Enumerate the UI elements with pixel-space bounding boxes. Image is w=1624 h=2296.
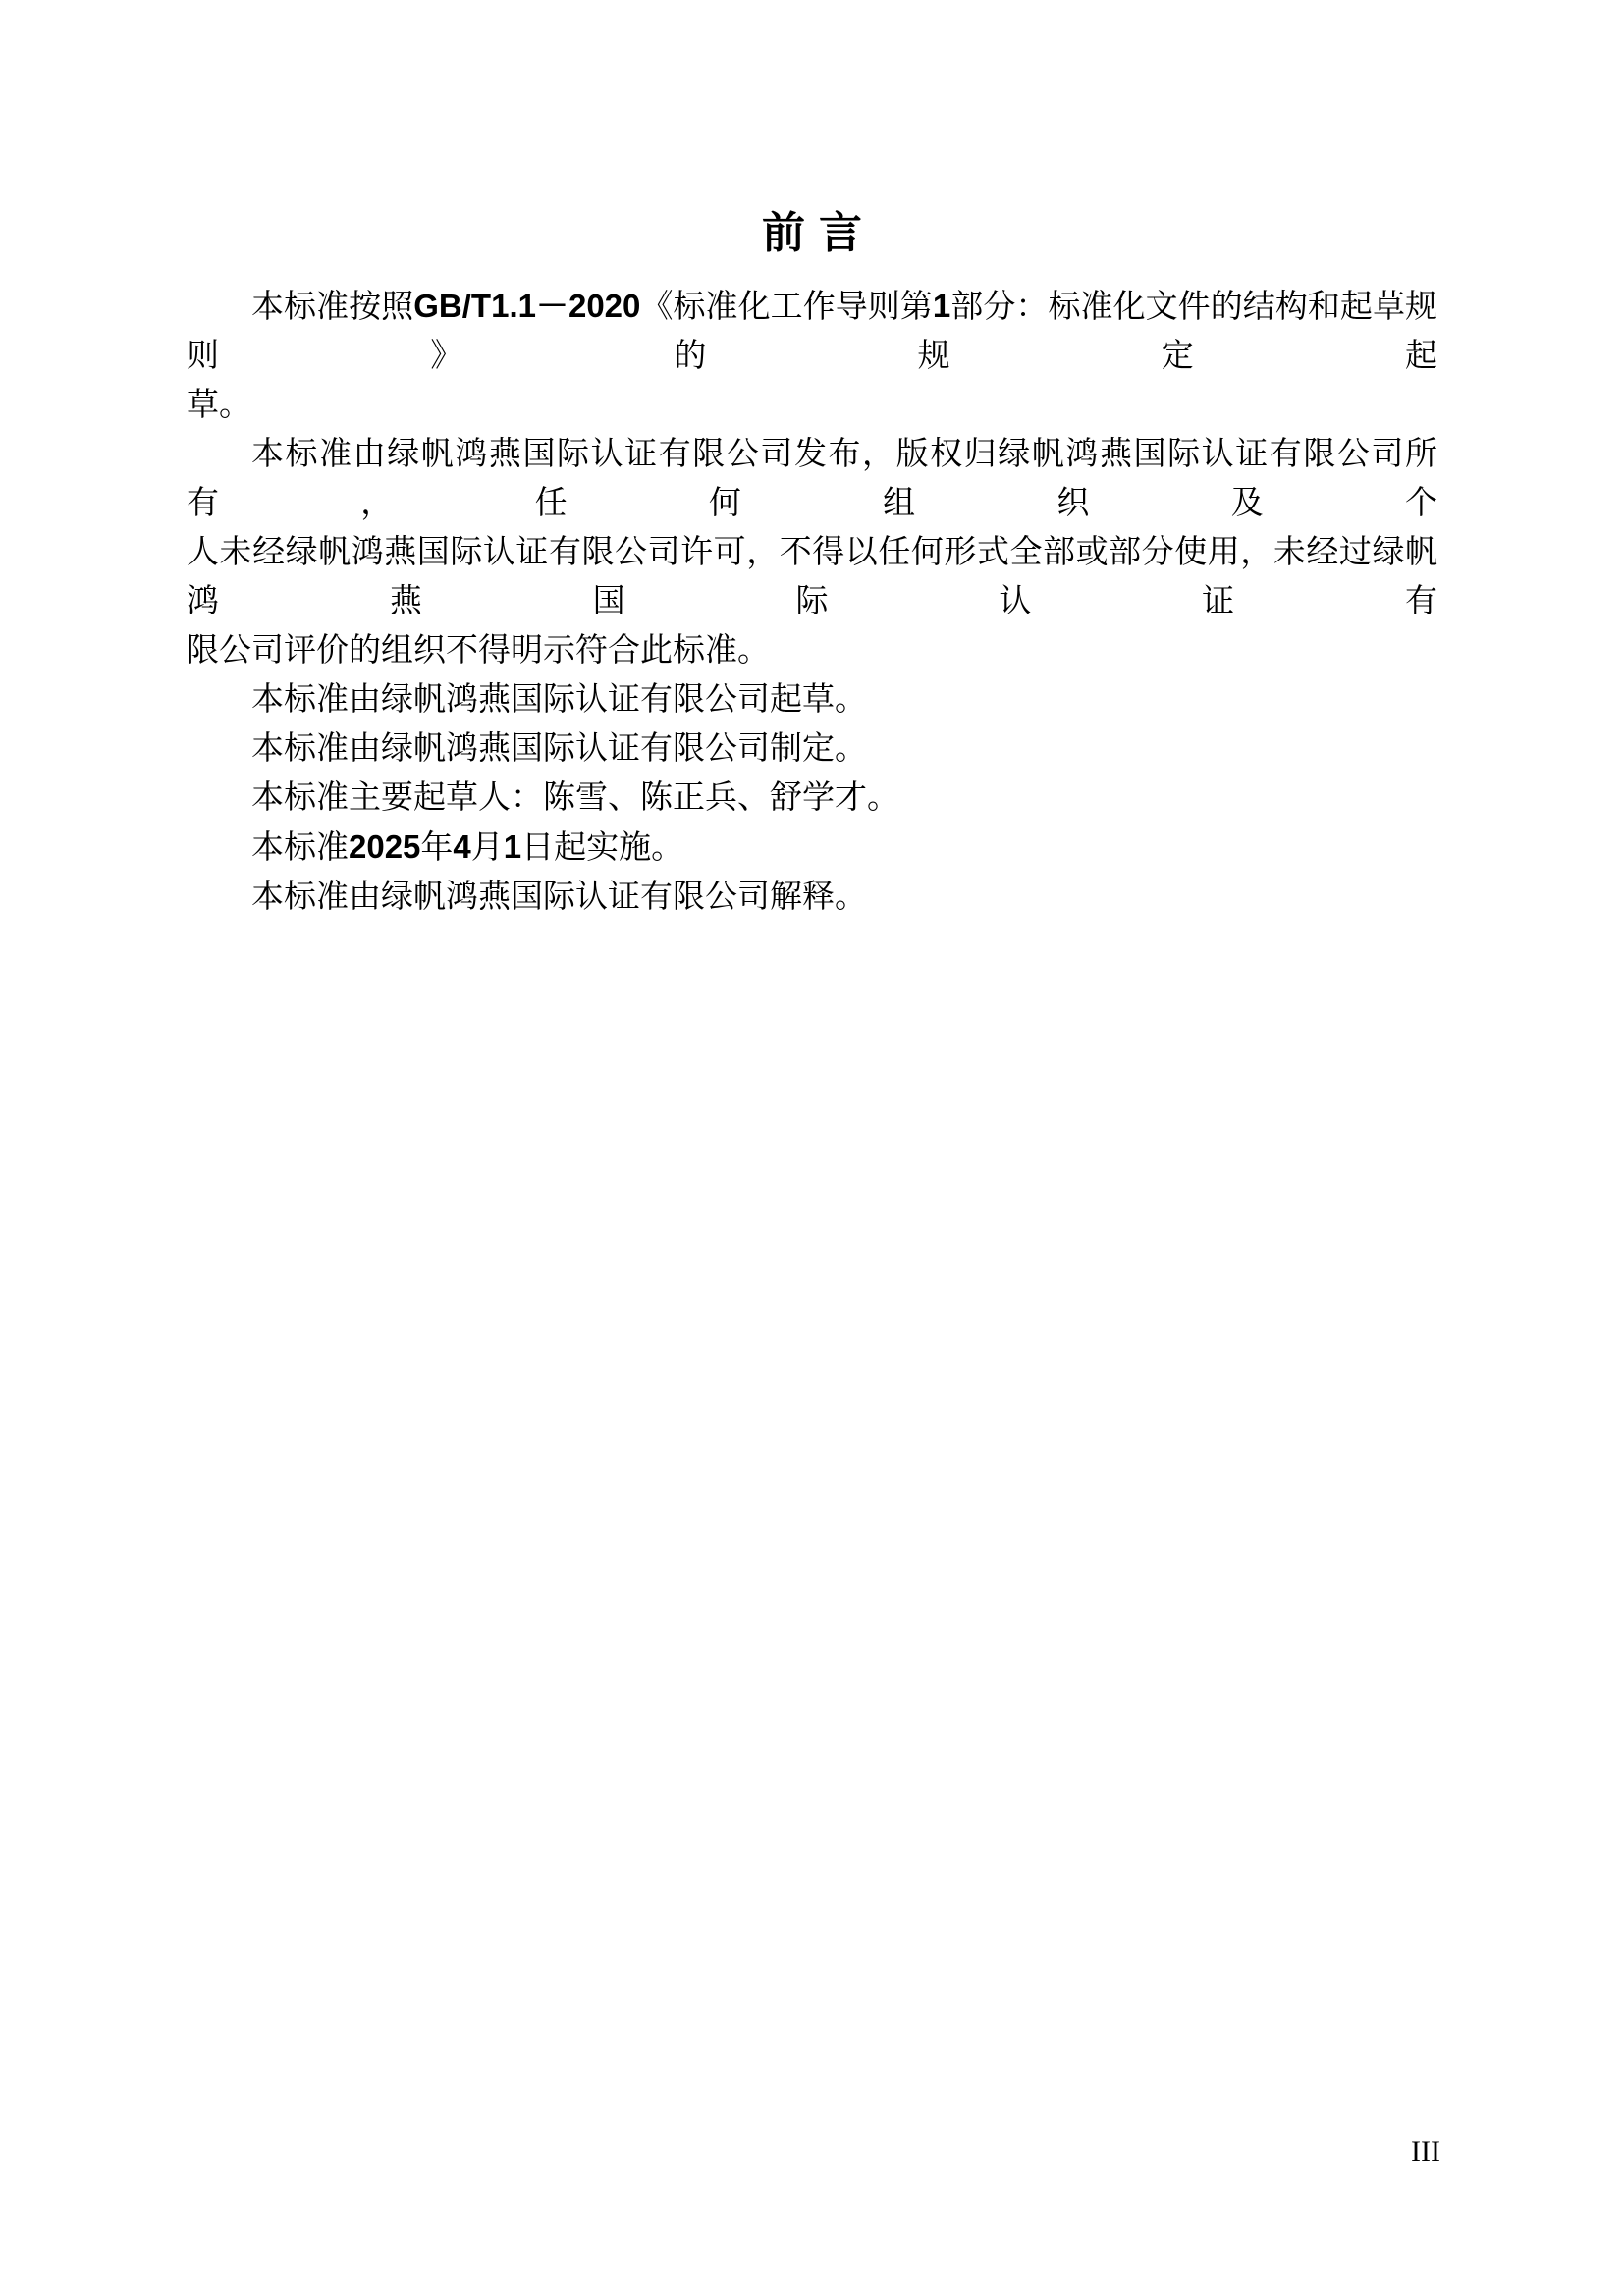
p6-text-segment: 月 [471,830,504,866]
page-title: 前言 [0,204,1624,263]
paragraph-2-line-2: 人未经绿帆鸿燕国际认证有限公司许可，不得以任何形式全部或部分使用，未经过绿帆鸿燕… [187,528,1437,626]
paragraph-3: 本标准由绿帆鸿燕国际认证有限公司起草。 [187,675,1437,724]
implementation-month: 4 [453,828,470,865]
paragraph-2-line-1: 本标准由绿帆鸿燕国际认证有限公司发布，版权归绿帆鸿燕国际认证有限公司所有，任何组… [187,430,1437,528]
p6-text-segment: 日起实施。 [521,830,683,866]
paragraph-4: 本标准由绿帆鸿燕国际认证有限公司制定。 [187,724,1437,774]
part-number: 1 [933,288,950,324]
paragraph-7: 本标准由绿帆鸿燕国际认证有限公司解释。 [187,873,1437,922]
standard-code: GB/T1.1－2020 [413,288,640,324]
implementation-day: 1 [504,828,521,865]
paragraph-1-line-2: 草。 [187,381,1437,430]
page-number: III [1411,2134,1440,2169]
implementation-year: 2025 [349,828,420,865]
document-page: 前言 本标准按照GB/T1.1－2020《标准化工作导则第1部分：标准化文件的结… [0,0,1624,2296]
p6-text-segment: 本标准 [251,830,349,866]
p1-text-segment: 本标准按照 [251,290,413,325]
paragraph-5: 本标准主要起草人：陈雪、陈正兵、舒学才。 [187,774,1437,823]
paragraph-1-line-1: 本标准按照GB/T1.1－2020《标准化工作导则第1部分：标准化文件的结构和起… [187,282,1437,381]
paragraph-2-line-3: 限公司评价的组织不得明示符合此标准。 [187,626,1437,675]
preface-body: 本标准按照GB/T1.1－2020《标准化工作导则第1部分：标准化文件的结构和起… [187,282,1437,922]
p6-text-segment: 年 [420,830,453,866]
paragraph-6-implementation-date: 本标准2025年4月1日起实施。 [187,823,1437,873]
p1-text-segment: 《标准化工作导则第 [640,290,933,325]
